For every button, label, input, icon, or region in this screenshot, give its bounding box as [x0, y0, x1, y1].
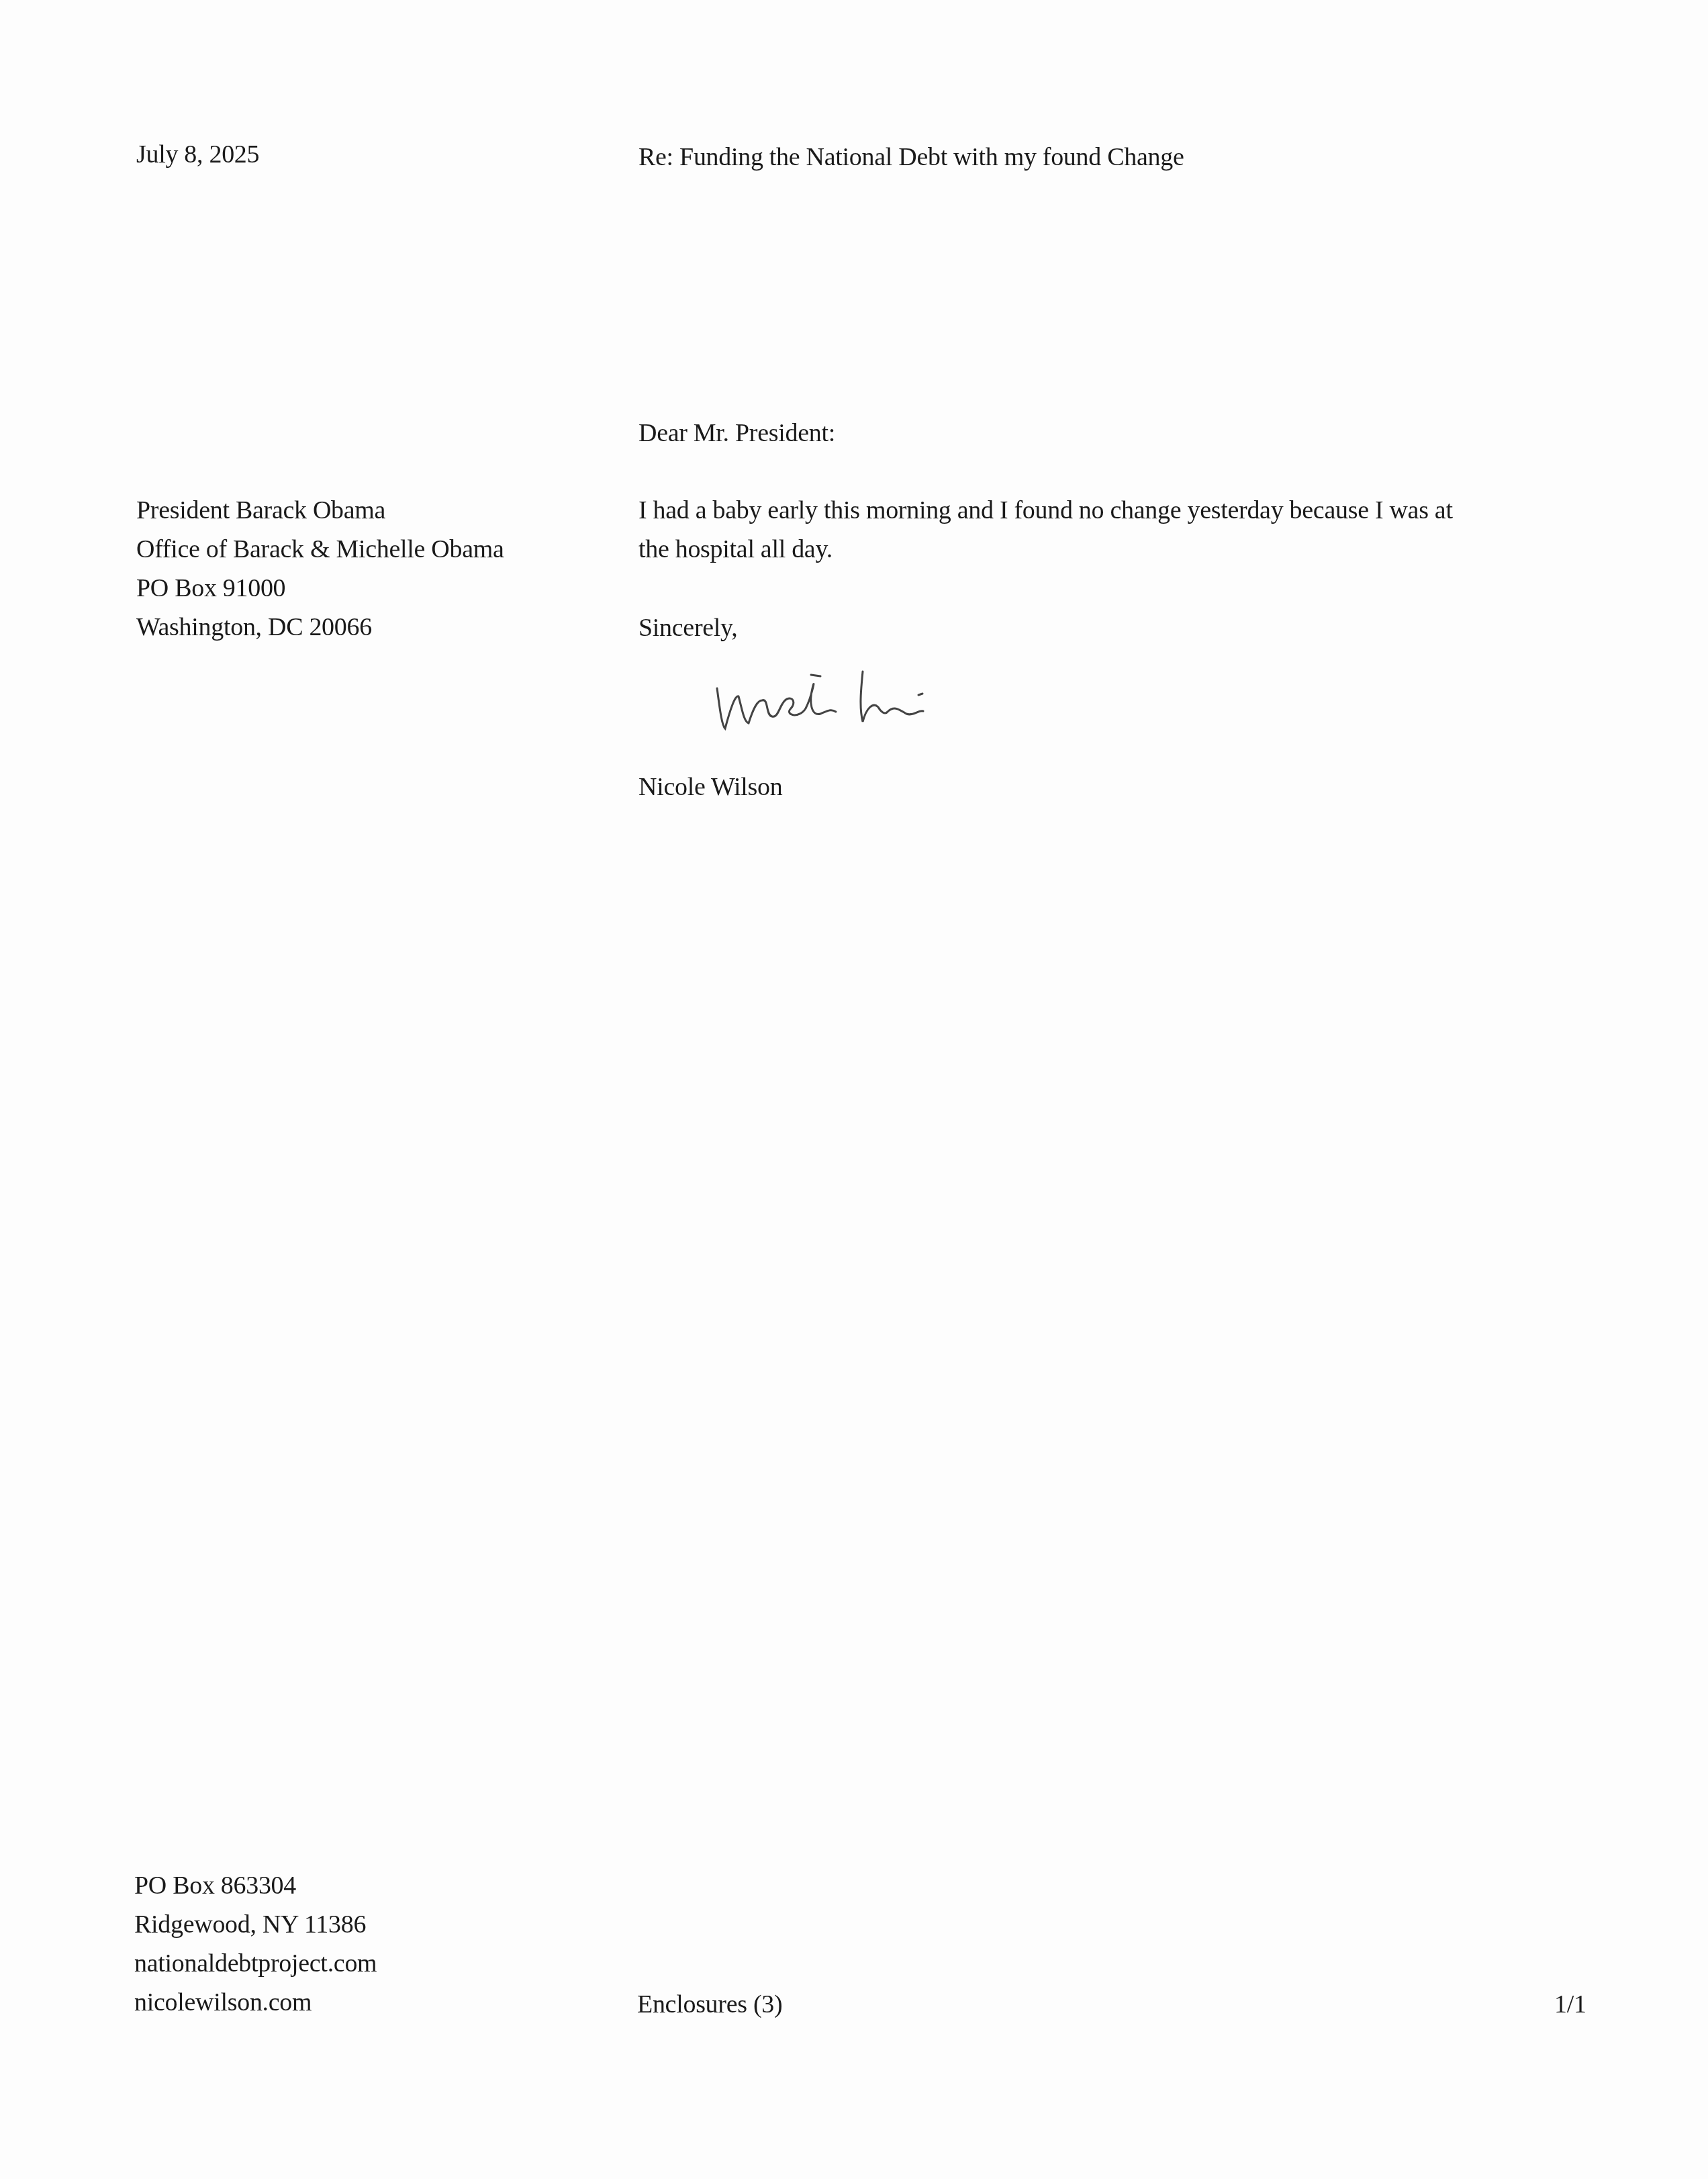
closing: Sincerely, [638, 608, 738, 647]
sender-address: PO Box 863304 Ridgewood, NY 11386 nation… [134, 1866, 377, 2022]
salutation: Dear Mr. President: [638, 414, 835, 453]
sender-line: nationaldebtproject.com [134, 1944, 377, 1983]
body-line: the hospital all day. [638, 530, 1453, 569]
recipient-line: Office of Barack & Michelle Obama [136, 530, 504, 569]
recipient-line: PO Box 91000 [136, 569, 504, 608]
sender-line: PO Box 863304 [134, 1866, 377, 1905]
letter-subject: Re: Funding the National Debt with my fo… [638, 138, 1184, 177]
sender-line: nicolewilson.com [134, 1983, 377, 2022]
enclosures-note: Enclosures (3) [637, 1985, 782, 2024]
letter-date: July 8, 2025 [136, 135, 259, 174]
body-line: I had a baby early this morning and I fo… [638, 491, 1453, 530]
letter-body: I had a baby early this morning and I fo… [638, 491, 1453, 569]
signature-image [705, 655, 1027, 742]
recipient-line: President Barack Obama [136, 491, 504, 530]
signer-name: Nicole Wilson [638, 768, 782, 806]
recipient-address: President Barack Obama Office of Barack … [136, 491, 504, 647]
recipient-line: Washington, DC 20066 [136, 608, 504, 647]
sender-line: Ridgewood, NY 11386 [134, 1905, 377, 1944]
page-number: 1/1 [1554, 1985, 1586, 2024]
